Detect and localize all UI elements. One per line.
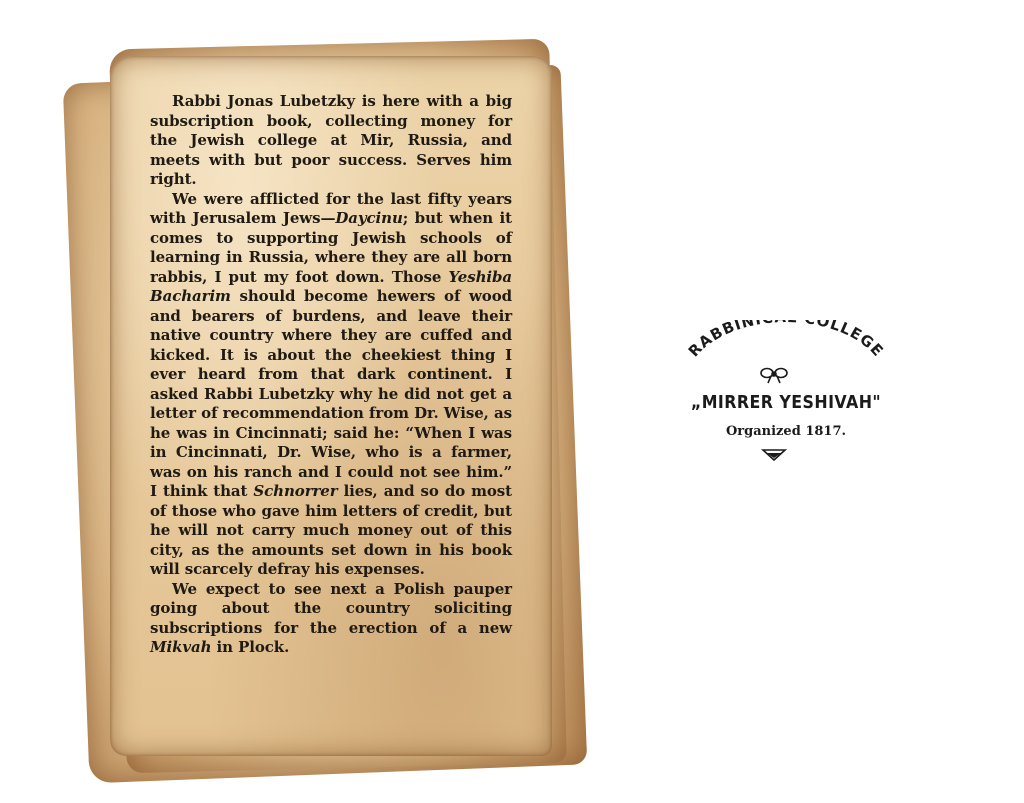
seal-organized-year: Organized 1817. <box>672 424 900 439</box>
triangle-ornament-icon <box>763 450 785 460</box>
seal-arc-text: RABBINICAL COLLEGE <box>685 320 887 360</box>
svg-text:RABBINICAL COLLEGE: RABBINICAL COLLEGE <box>685 320 887 360</box>
article-paragraph: Rabbi Jonas Lubetzky is here with a big … <box>150 92 512 190</box>
rabbinical-college-seal: RABBINICAL COLLEGE „MIRRER YESHIVAH" Org… <box>672 320 900 470</box>
newspaper-clipping-card: Rabbi Jonas Lubetzky is here with a big … <box>110 56 552 756</box>
seal-college-name: „MIRRER YESHIVAH" <box>686 392 887 413</box>
article-paragraph: We were afflicted for the last fifty yea… <box>150 190 512 580</box>
article-paragraph: We expect to see next a Polish pauper go… <box>150 580 512 658</box>
article-text: Rabbi Jonas Lubetzky is here with a big … <box>150 92 512 658</box>
ribbon-bow-icon <box>761 369 787 384</box>
